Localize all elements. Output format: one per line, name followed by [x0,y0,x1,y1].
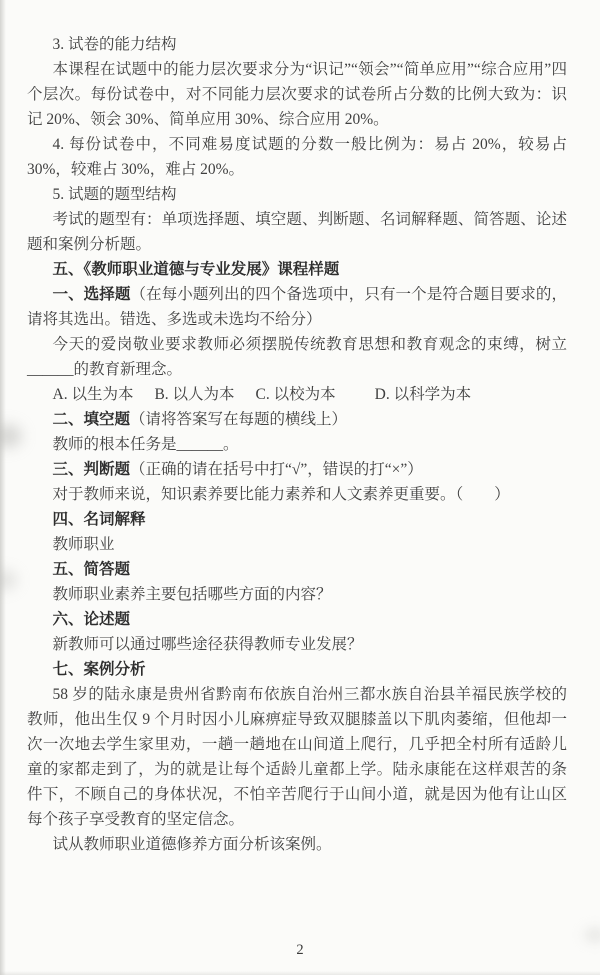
judge-question-heading: 三、判断题（正确的请在括号中打“√”，错误的打“×”） [27,457,567,482]
choice-stem-before: 今天的爱岗敬业要求教师必须摆脱传统教育思想和教育观念的束缚，树立 [53,336,568,353]
judge-question-note: （正确的请在括号中打“√”，错误的打“×”） [130,461,423,478]
fill-stem-after: 。 [223,436,239,453]
choice-stem-after: 的教育新理念。 [74,361,183,378]
fill-question-note: （请将答案写在每题的横线上） [130,411,347,428]
fill-stem-before: 教师的根本任务是 [53,436,177,453]
case-analysis-prompt: 试从教师职业道德修养方面分析该案例。 [27,832,567,857]
scan-smudge [584,928,600,942]
scan-smudge [0,570,17,590]
choice-option-c: C. 以校为本 [256,386,336,403]
case-analysis-label: 七、案例分析 [27,657,567,682]
document-body: 3. 试卷的能力结构 本课程在试题中的能力层次要求分为“识记”“领会”“简单应用… [27,32,567,857]
short-answer-stem: 教师职业素养主要包括哪些方面的内容？ [27,582,567,607]
choice-option-b: B. 以人为本 [154,386,234,403]
essay-question-stem: 新教师可以通过哪些途径获得教师专业发展？ [27,632,567,657]
term-question-label: 四、名词解释 [27,507,567,532]
question-type-structure-title: 5. 试题的题型结构 [27,182,567,207]
page-number: 2 [0,942,600,959]
choice-question-heading: 一、选择题（在每小题列出的四个备选项中，只有一个是符合题目要求的，请将其选出。错… [27,282,567,332]
choice-options-row: A. 以生为本B. 以人为本C. 以校为本D. 以科学为本 [27,382,567,407]
choice-question-label: 一、选择题 [53,286,131,303]
judge-question-stem: 对于教师来说，知识素养要比能力素养和人文素养更重要。（ ） [27,482,567,507]
sample-questions-heading: 五、《教师职业道德与专业发展》课程样题 [27,257,567,282]
ability-structure-body: 本课程在试题中的能力层次要求分为“识记”“领会”“简单应用”“综合应用”四个层次… [27,57,567,132]
choice-option-d: D. 以科学为本 [375,386,471,403]
ability-structure-title: 3. 试卷的能力结构 [27,32,567,57]
scanned-exam-page: 3. 试卷的能力结构 本课程在试题中的能力层次要求分为“识记”“领会”“简单应用… [0,0,600,975]
fill-question-stem: 教师的根本任务是______。 [27,432,567,457]
choice-question-stem: 今天的爱岗敬业要求教师必须摆脱传统教育思想和教育观念的束缚，树立______的教… [27,332,567,382]
judge-question-label: 三、判断题 [53,461,131,478]
fill-question-label: 二、填空题 [53,411,131,428]
choice-answer-blank: ______ [27,361,74,378]
fill-answer-blank: ______ [177,436,224,453]
scan-smudge [0,424,22,448]
scan-edge-shadow-bottom [0,971,600,975]
choice-option-a: A. 以生为本 [53,386,134,403]
difficulty-ratio: 4. 每份试卷中，不同难易度试题的分数一般比例为：易占 20%，较易占 30%，… [27,132,567,182]
short-answer-label: 五、简答题 [27,557,567,582]
scan-edge-shadow-left [0,0,6,975]
case-analysis-body: 58 岁的陆永康是贵州省黔南布依族自治州三都水族自治县羊福民族学校的教师，他出生… [27,682,567,832]
fill-question-heading: 二、填空题（请将答案写在每题的横线上） [27,407,567,432]
question-type-structure-body: 考试的题型有：单项选择题、填空题、判断题、名词解释题、简答题、论述题和案例分析题… [27,207,567,257]
term-question-stem: 教师职业 [27,532,567,557]
essay-question-label: 六、论述题 [27,607,567,632]
